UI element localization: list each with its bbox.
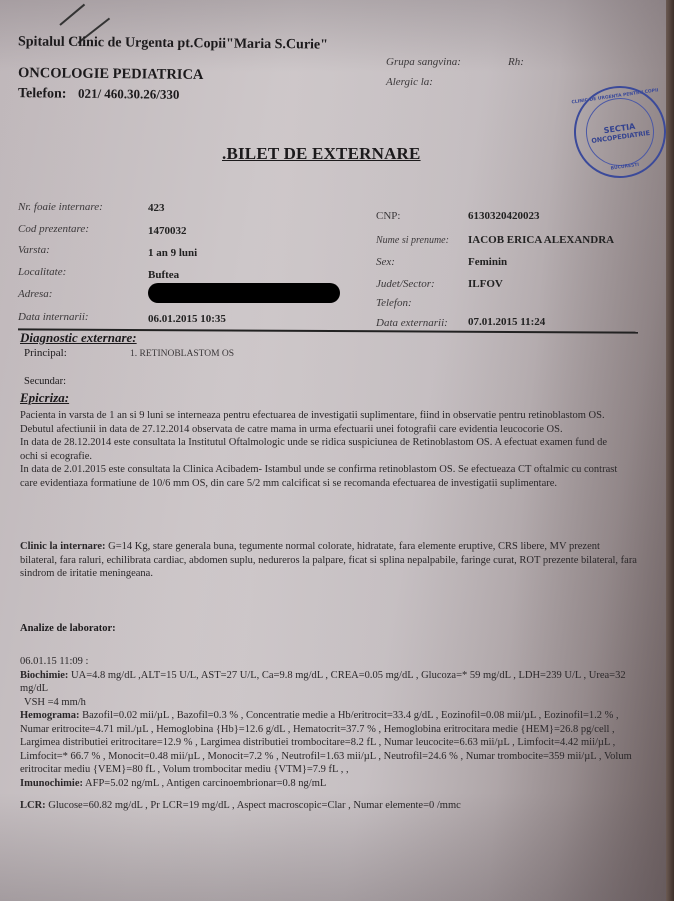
- field-value: 06.01.2015 10:35: [148, 313, 226, 325]
- clinic-label: Clinic la internare:: [20, 541, 106, 552]
- lcr-label: LCR:: [20, 800, 46, 811]
- document-title: .BILET DE EXTERNARE: [222, 144, 421, 164]
- lcr-row: LCR: Glucose=60.82 mg/dL , Pr LCR=19 mg/…: [20, 799, 640, 813]
- field-label: Varsta:: [18, 244, 50, 256]
- hemograma-label: Hemograma:: [20, 710, 79, 721]
- department-name: ONCOLOGIE PEDIATRICA: [18, 65, 204, 84]
- epicriza-heading: Epicriza:: [20, 390, 69, 406]
- stamp-line2: ONCOPEDIATRIE: [591, 128, 651, 144]
- field-value: 1 an 9 luni: [148, 247, 197, 259]
- field-value: 423: [148, 202, 165, 214]
- epicriza-text: Pacienta in varsta de 1 an si 9 luni se …: [20, 409, 620, 490]
- lcr-values: Glucose=60.82 mg/dL , Pr LCR=19 mg/dL , …: [46, 800, 461, 811]
- stamp-ring-top: CLINIC DE URGENTA PENTRU COPII: [571, 88, 658, 105]
- field-label: Adresa:: [18, 288, 52, 300]
- phone-row: Telefon: 021/ 460.30.26/330: [18, 85, 180, 104]
- hemograma-values: Bazofil=0.02 mii/µL , Bazofil=0.3 % , Co…: [20, 710, 632, 775]
- field-value: Buftea: [148, 269, 179, 281]
- phone-label: Telefon:: [18, 86, 67, 102]
- biochimie-values: UA=4.8 mg/dL ,ALT=15 U/L, AST=27 U/L, Ca…: [20, 670, 626, 695]
- redacted-address: [148, 283, 340, 303]
- lab-results: 06.01.15 11:09 : Biochimie: UA=4.8 mg/dL…: [20, 655, 640, 813]
- field-value: 07.01.2015 11:24: [468, 316, 545, 328]
- field-label: CNP:: [376, 210, 400, 222]
- imunochimie-values: AFP=5.02 ng/mL , Antigen carcinoembriona…: [83, 778, 326, 789]
- field-label: Localitate:: [18, 266, 66, 278]
- field-value: ILFOV: [468, 278, 503, 290]
- biochimie-label: Biochimie:: [20, 670, 68, 681]
- clinic-text: G=14 Kg, stare generala buna, tegumente …: [20, 541, 637, 579]
- field-label: Sex:: [376, 256, 395, 268]
- field-label: Data externarii:: [376, 317, 448, 329]
- pen-mark: [59, 4, 85, 26]
- epicriza-paragraph: In data de 28.12.2014 este consultata la…: [20, 436, 620, 463]
- field-value: 1470032: [148, 225, 187, 237]
- field-label: Nr. foaie internare:: [18, 201, 103, 213]
- department-stamp: CLINIC DE URGENTA PENTRU COPII SECTIA ON…: [568, 80, 672, 184]
- hemograma-row: Hemograma: Bazofil=0.02 mii/µL , Bazofil…: [20, 709, 640, 777]
- rh-label: Rh:: [508, 56, 524, 68]
- field-value: Feminin: [468, 256, 507, 268]
- lab-datetime: 06.01.15 11:09 :: [20, 655, 640, 669]
- secondary-label: Secundar:: [24, 376, 66, 387]
- field-label: Telefon:: [376, 297, 412, 309]
- discharge-document: Spitalul Clinic de Urgenta pt.Copii"Mari…: [0, 0, 674, 901]
- epicriza-paragraph: Pacienta in varsta de 1 an si 9 luni se …: [20, 409, 620, 423]
- field-label: Data internarii:: [18, 311, 89, 323]
- field-value: IACOB ERICA ALEXANDRA: [468, 234, 614, 246]
- biochimie-row: Biochimie: UA=4.8 mg/dL ,ALT=15 U/L, AST…: [20, 669, 640, 696]
- vsh-value: VSH =4 mm/h: [24, 696, 640, 710]
- principal-label: Principal:: [24, 347, 67, 359]
- page-edge-shadow: [666, 0, 674, 901]
- imunochimie-label: Imunochimie:: [20, 778, 83, 789]
- stamp-line1: SECTIA: [603, 121, 636, 134]
- imunochimie-row: Imunochimie: AFP=5.02 ng/mL , Antigen ca…: [20, 777, 640, 791]
- lab-heading: Analize de laborator:: [20, 623, 116, 634]
- clinic-section: Clinic la internare: G=14 Kg, stare gene…: [20, 540, 638, 581]
- field-label: Cod prezentare:: [18, 223, 89, 235]
- stamp-ring-bottom: BUCURESTI: [610, 163, 639, 172]
- hospital-name: Spitalul Clinic de Urgenta pt.Copii"Mari…: [18, 34, 328, 53]
- allergic-label: Alergic la:: [386, 76, 433, 88]
- phone-value: 021/ 460.30.26/330: [78, 86, 180, 102]
- principal-diagnosis: 1. RETINOBLASTOM OS: [130, 349, 234, 359]
- blood-group-label: Grupa sangvina:: [386, 56, 461, 68]
- epicriza-paragraph: Debutul afectiunii in data de 27.12.2014…: [20, 423, 620, 437]
- epicriza-paragraph: In data de 2.01.2015 este consultata la …: [20, 463, 620, 490]
- diagnostic-heading: Diagnostic externare:: [20, 330, 137, 346]
- field-label: Judet/Sector:: [376, 278, 435, 290]
- field-value: 6130320420023: [468, 210, 540, 222]
- field-label: Nume si prenume:: [376, 235, 449, 246]
